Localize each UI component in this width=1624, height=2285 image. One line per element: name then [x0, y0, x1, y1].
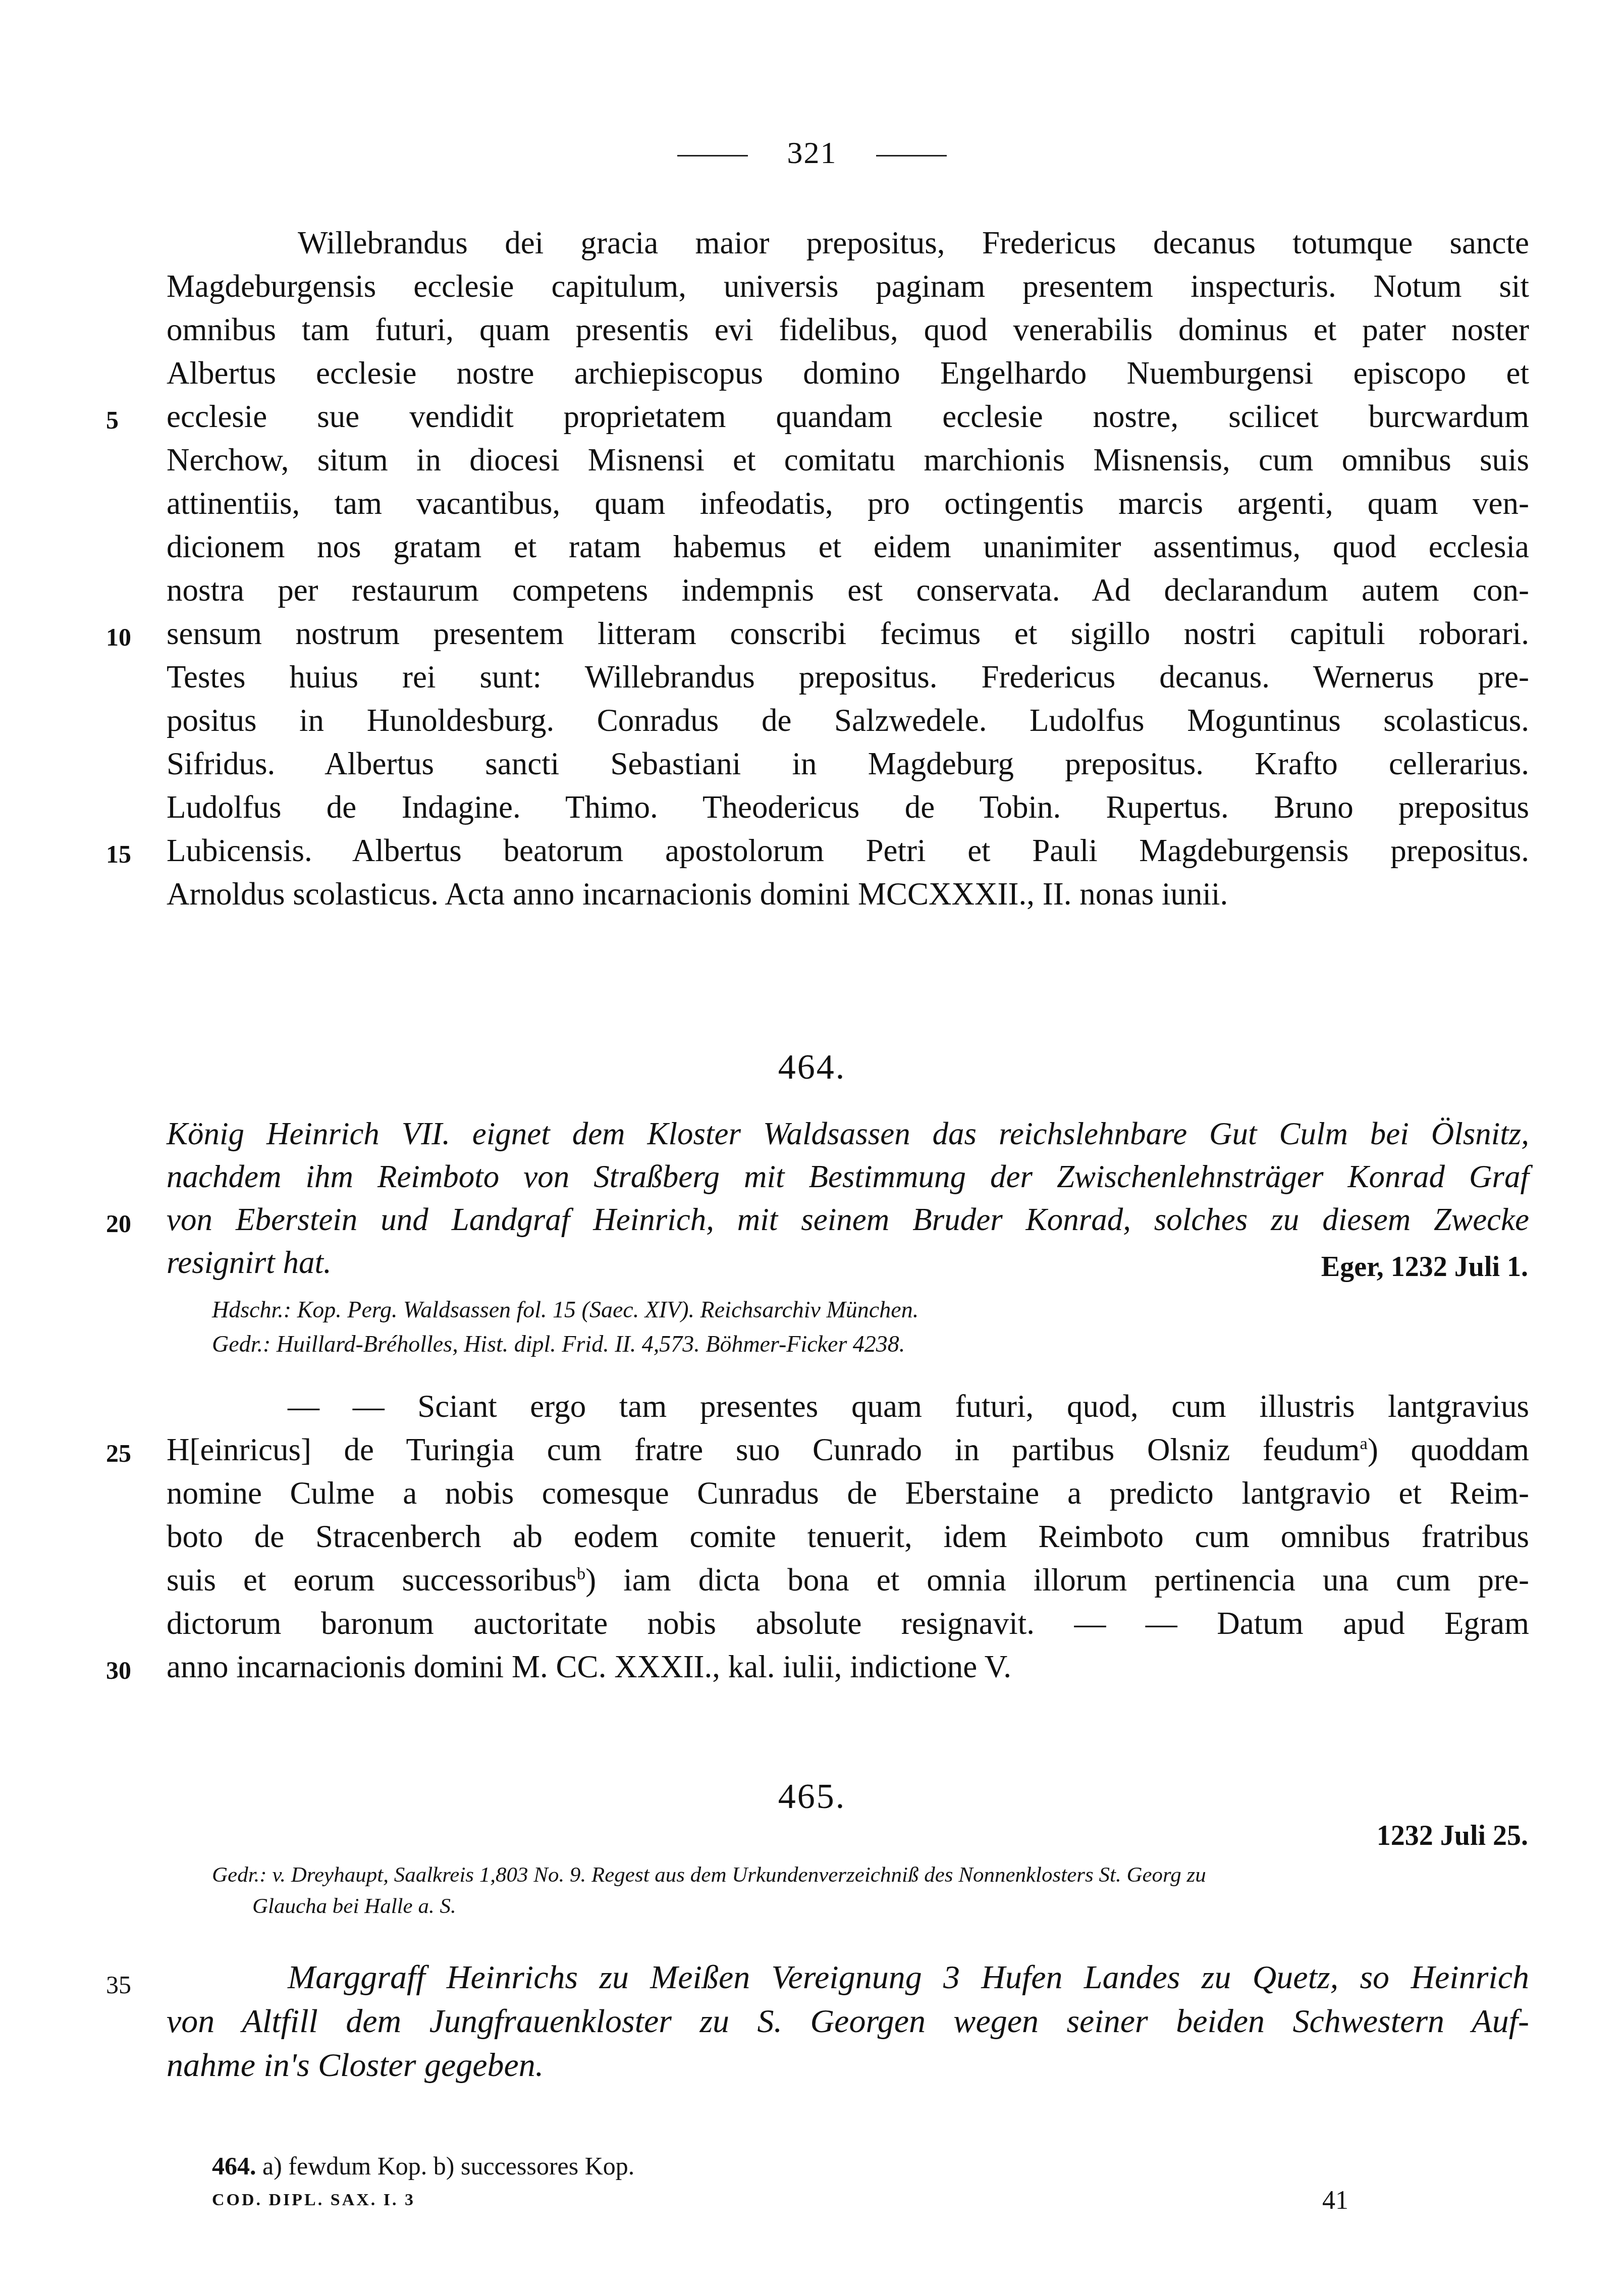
line-number: 10 [106, 622, 131, 652]
text-line: Lubicensis. Albertus beatorum apostoloru… [167, 835, 1529, 867]
text-line: nomine Culme a nobis comesque Cunradus d… [167, 1477, 1529, 1509]
text-line: — — Sciant ergo tam presentes quam futur… [167, 1391, 1529, 1422]
text-line: anno incarnacionis domini M. CC. XXXII.,… [167, 1651, 1529, 1683]
charter-number-464: 464. [0, 1047, 1624, 1088]
page-number: 321 [787, 136, 837, 170]
text-line: boto de Stracenberch ab eodem comite ten… [167, 1521, 1529, 1553]
text-segment: ) iam dicta bona et omnia illorum pertin… [585, 1562, 1529, 1598]
text-line: suis et eorum successoribusb) iam dicta … [167, 1564, 1529, 1596]
text-segment: H[einricus] de Turingia cum fratre suo C… [167, 1432, 1360, 1467]
text-line: ecclesie sue vendidit proprietatem quand… [167, 401, 1529, 433]
document-page: 321 Willebrandus dei gracia maior prepos… [0, 0, 1624, 2285]
header-rule-right [876, 155, 947, 156]
place-date: Eger, 1232 Juli 1. [1321, 1251, 1528, 1283]
charter-number-465: 465. [0, 1777, 1624, 1817]
line-number: 35 [106, 1970, 131, 1999]
signature-number: 41 [1322, 2186, 1348, 2215]
text-line: Nerchow, situm in diocesi Misnensi et co… [167, 444, 1529, 476]
footnote-ref: 464. [212, 2152, 256, 2180]
text-line: Ludolfus de Indagine. Thimo. Theodericus… [167, 791, 1529, 823]
text-line: Magdeburgensis ecclesie capitulum, unive… [167, 271, 1529, 302]
text-line: sensum nostrum presentem litteram conscr… [167, 618, 1529, 650]
footnote-text: a) fewdum Kop. b) successores Kop. [262, 2152, 634, 2180]
line-number: 15 [106, 839, 131, 869]
regest-line: König Heinrich VII. eignet dem Kloster W… [167, 1118, 1529, 1150]
text-line: dicionem nos gratam et ratam habemus et … [167, 531, 1529, 563]
text-line: positus in Hunoldesburg. Conradus de Sal… [167, 705, 1529, 736]
manuscript-source: Hdschr.: Kop. Perg. Waldsassen fol. 15 (… [212, 1296, 918, 1323]
text-line: Testes huius rei sunt: Willebrandus prep… [167, 661, 1529, 693]
text-line: dictorum baronum auctoritate nobis absol… [167, 1608, 1529, 1639]
printed-source: Gedr.: Huillard-Bréholles, Hist. dipl. F… [212, 1331, 905, 1357]
text-line: Willebrandus dei gracia maior prepositus… [167, 227, 1529, 259]
line-number: 25 [106, 1439, 131, 1468]
regest-line: von Eberstein und Landgraf Heinrich, mit… [167, 1204, 1529, 1236]
header-rule-left [677, 155, 748, 156]
footnote-mark-b: b [577, 1564, 585, 1583]
text-line: attinentiis, tam vacantibus, quam infeod… [167, 488, 1529, 519]
line-number: 5 [106, 405, 119, 435]
line-number: 30 [106, 1656, 131, 1685]
regest-line: nahme in's Closter gegeben. [167, 2049, 1529, 2082]
regest-line: von Altfill dem Jungfrauenkloster zu S. … [167, 2005, 1529, 2038]
regest-line: resignirt hat. [167, 1247, 772, 1279]
running-head: 321 [0, 135, 1624, 171]
line-number: 20 [106, 1209, 131, 1238]
text-line: H[einricus] de Turingia cum fratre suo C… [167, 1434, 1529, 1466]
text-line: nostra per restaurum competens indempnis… [167, 574, 1529, 606]
footnote-mark-a: a [1360, 1434, 1368, 1453]
text-segment: ) quoddam [1368, 1432, 1529, 1467]
regest-line: nachdem ihm Reimboto von Straßberg mit B… [167, 1161, 1529, 1193]
printed-source: Gedr.: v. Dreyhaupt, Saalkreis 1,803 No.… [212, 1863, 1206, 1887]
regest-line: Marggraff Heinrichs zu Meißen Vereignung… [167, 1961, 1529, 1994]
text-line: Albertus ecclesie nostre archiepiscopus … [167, 357, 1529, 389]
signature-label: COD. DIPL. SAX. I. 3 [212, 2191, 415, 2210]
footnotes: 464. a) fewdum Kop. b) successores Kop. [212, 2151, 634, 2181]
text-segment: suis et eorum successoribus [167, 1562, 577, 1598]
text-line: Arnoldus scolasticus. Acta anno incarnac… [167, 878, 1529, 910]
charter-465-date: 1232 Juli 25. [1377, 1820, 1528, 1852]
printed-source-continued: Glaucha bei Halle a. S. [252, 1894, 456, 1919]
text-line: Sifridus. Albertus sancti Sebastiani in … [167, 748, 1529, 780]
text-line: omnibus tam futuri, quam presentis evi f… [167, 314, 1529, 346]
